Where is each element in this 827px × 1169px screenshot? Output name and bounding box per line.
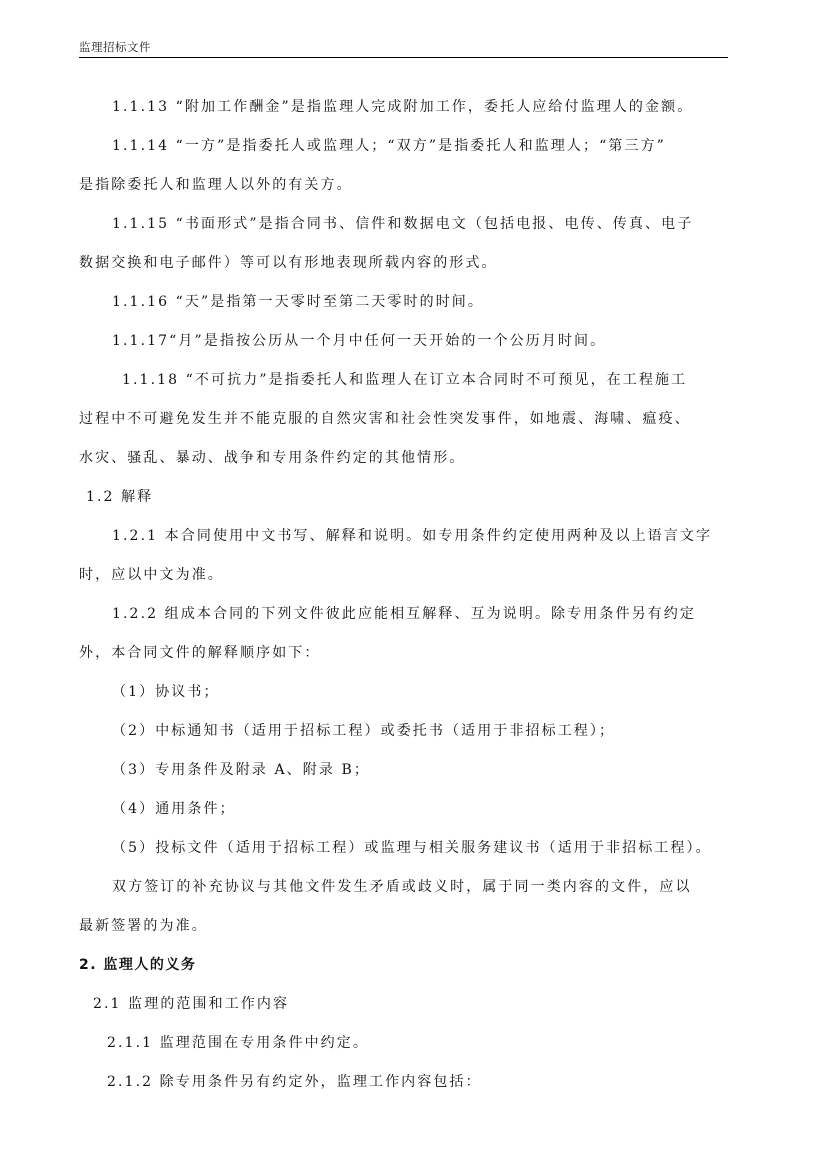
paragraph-line: （5）投标文件（适用于招标工程）或监理与相关服务建议书（适用于非招标工程）。 [112,837,712,857]
header-title: 监理招标文件 [79,39,151,55]
paragraph-line: （3）专用条件及附录 A、附录 B； [112,759,370,779]
section-heading: 2. 监理人的义务 [79,954,196,974]
paragraph-line: 最新签署的为准。 [79,915,208,935]
paragraph-line: 过程中不可避免发生并不能克服的自然灾害和社会性突发事件，如地震、海啸、瘟疫、 [79,408,691,428]
paragraph-line: （4）通用条件； [112,798,236,818]
paragraph-line: 外，本合同文件的解释顺序如下： [79,642,321,662]
paragraph-line: 2.1.2 除专用条件另有约定外，监理工作内容包括： [107,1071,482,1091]
paragraph-line: 水灾、骚乱、暴动、战争和专用条件约定的其他情形。 [79,447,465,467]
paragraph-line: （2）中标通知书（适用于招标工程）或委托书（适用于非招标工程）； [112,720,615,740]
paragraph-line: 1.1.14 “一方”是指委托人或监理人；“双方”是指委托人和监理人；“第三方” [112,135,666,155]
paragraph-line: 1.1.18 “不可抗力”是指委托人和监理人在订立本合同时不可预见，在工程施工 [122,369,687,389]
paragraph-line: 1.2 解释 [86,486,153,506]
paragraph-line: 双方签订的补充协议与其他文件发生矛盾或歧义时，属于同一类内容的文件，应以 [112,876,692,896]
paragraph-line: 2.1.1 监理范围在专用条件中约定。 [107,1032,369,1052]
paragraph-line: 1.1.15 “书面形式”是指合同书、信件和数据电文（包括电报、电传、传真、电子 [112,213,693,233]
paragraph-line: 1.2.2 组成本合同的下列文件彼此应能相互解释、互为说明。除专用条件另有约定 [112,603,696,623]
page-header: 监理招标文件 [79,39,728,58]
paragraph-line: 1.1.13 “附加工作酬金”是指监理人完成附加工作，委托人应给付监理人的金额。 [112,96,693,116]
paragraph-line: 1.1.17“月”是指按公历从一个月中任何一天开始的一个公历月时间。 [112,330,606,350]
paragraph-line: 1.2.1 本合同使用中文书写、解释和说明。如专用条件约定使用两种及以上语言文字 [112,525,712,545]
paragraph-line: 1.1.16 “天”是指第一天零时至第二天零时的时间。 [112,291,484,311]
paragraph-line: 2.1 监理的范围和工作内容 [93,993,289,1013]
paragraph-line: （1）协议书； [112,681,220,701]
paragraph-line: 是指除委托人和监理人以外的有关方。 [79,174,353,194]
paragraph-line: 数据交换和电子邮件）等可以有形地表现所载内容的形式。 [79,252,498,272]
paragraph-line: 时，应以中文为准。 [79,564,224,584]
